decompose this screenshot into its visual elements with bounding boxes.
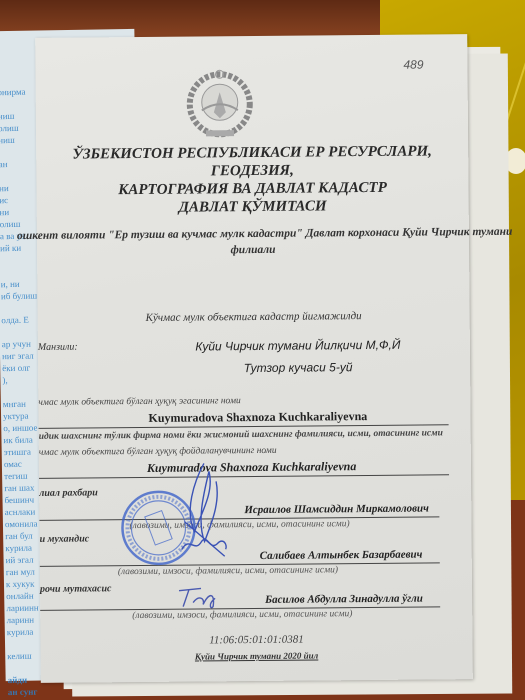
signatory-name-3: Басилов Абдулла Зинадулла ўгли — [265, 593, 423, 606]
signatory-name-2: Салибаев Алтынбек Базарбаевич — [260, 549, 423, 562]
signature-icon — [180, 531, 230, 556]
address-line-1: Куйи Чирчик тумани Йилқичи М,Ф,Й — [148, 337, 448, 354]
signatory-role-2: и мухандис — [40, 533, 90, 544]
signatory-name-1: Исраилов Шамсиддин Миркамолович — [244, 502, 429, 516]
signatory-caption-3: (лавозими, имзоси, фамилияси, исми, отас… — [132, 609, 352, 621]
signatory-role-1: лиал рахбари — [39, 487, 98, 499]
agency-title: ЎЗБЕКИСТОН РЕСПУБЛИКАСИ ЕР РЕСУРСЛАРИ, Г… — [36, 142, 469, 218]
owner-caption: идик шахснинг тўлик фирма номи ёки жисмо… — [39, 428, 443, 442]
document-name: Кўчмас мулк объектига кадастр йигмажилди — [38, 309, 470, 325]
branch-title: ошкент вилояти "Ер тузиш ва кучмас мулк … — [37, 224, 469, 260]
address-label: Манзили: — [38, 342, 78, 353]
state-emblem-icon — [183, 62, 256, 143]
cadastre-number: 11:06:05:01:01:0381 — [40, 632, 472, 648]
signatory-role-3: рочи мутахасис — [40, 583, 112, 595]
footer-place-year: Қуйи Чирчик тумани 2020 йил — [41, 649, 473, 663]
owner-name: Kuymuradova Shaxnoza Kuchkaraliyevna — [148, 409, 367, 426]
signatory-caption-2: (лавозими, имзоси, фамилияси, исми, отас… — [118, 565, 338, 577]
handwritten-page-number: 489 — [403, 58, 423, 72]
owner-label: чмас мулк объектига бўлган ҳуқуқ эгасини… — [38, 396, 240, 408]
address-line-2: Тутзор кучаси 5-уй — [148, 359, 448, 376]
signature-icon — [175, 584, 223, 610]
user-label: чмас мулк объектига бўлган ҳуқуқ фойдала… — [39, 446, 277, 458]
cadastre-cover-page: 489 ЎЗБЕКИСТОН РЕСПУБЛИКАСИ ЕР РЕСУРСЛАР… — [35, 34, 473, 683]
